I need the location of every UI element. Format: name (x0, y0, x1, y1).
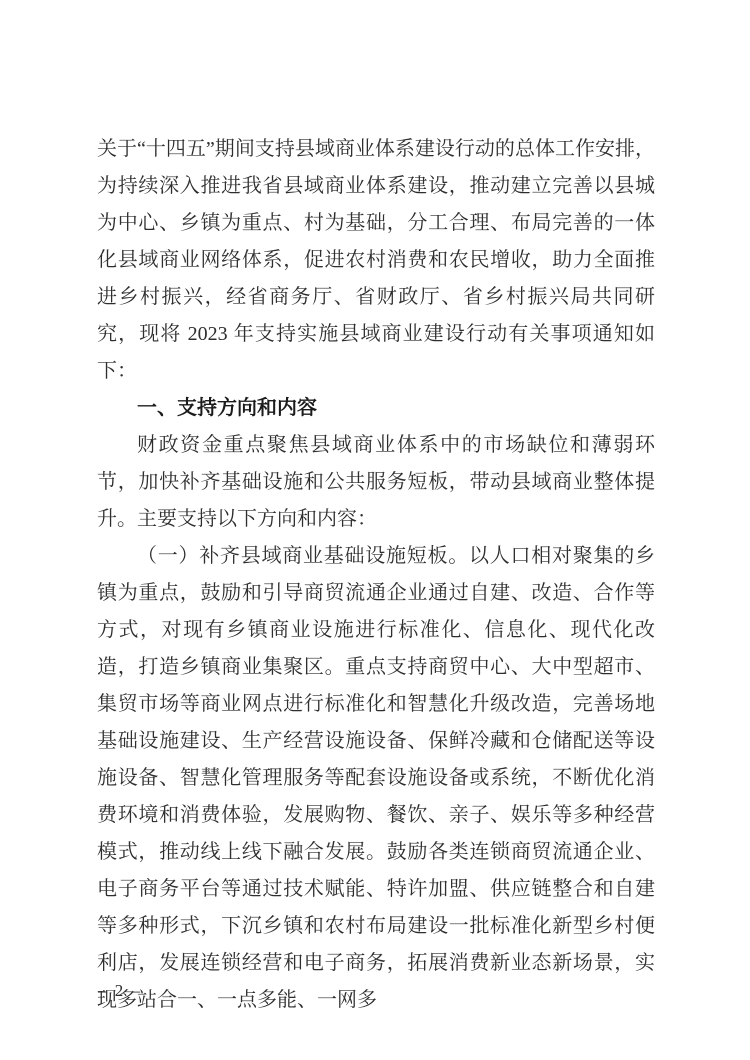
section-one-lead-paragraph: 财政资金重点聚焦县域商业体系中的市场缺位和薄弱环节，加快补齐基础设施和公共服务短… (97, 427, 655, 538)
intro-paragraph: 关于“十四五”期间支持县域商业体系建设行动的总体工作安排，为持续深入推进我省县域… (97, 131, 655, 390)
document-page: 关于“十四五”期间支持县域商业体系建设行动的总体工作安排，为持续深入推进我省县域… (0, 0, 750, 1060)
document-body: 关于“十四五”期间支持县域商业体系建设行动的总体工作安排，为持续深入推进我省县域… (97, 131, 655, 1019)
section-one-item-one-paragraph: （一）补齐县域商业基础设施短板。以人口相对聚集的乡镇为重点，鼓励和引导商贸流通企… (97, 538, 655, 1019)
section-one-heading: 一、支持方向和内容 (97, 390, 655, 427)
page-number: – 2 – (98, 981, 142, 1001)
